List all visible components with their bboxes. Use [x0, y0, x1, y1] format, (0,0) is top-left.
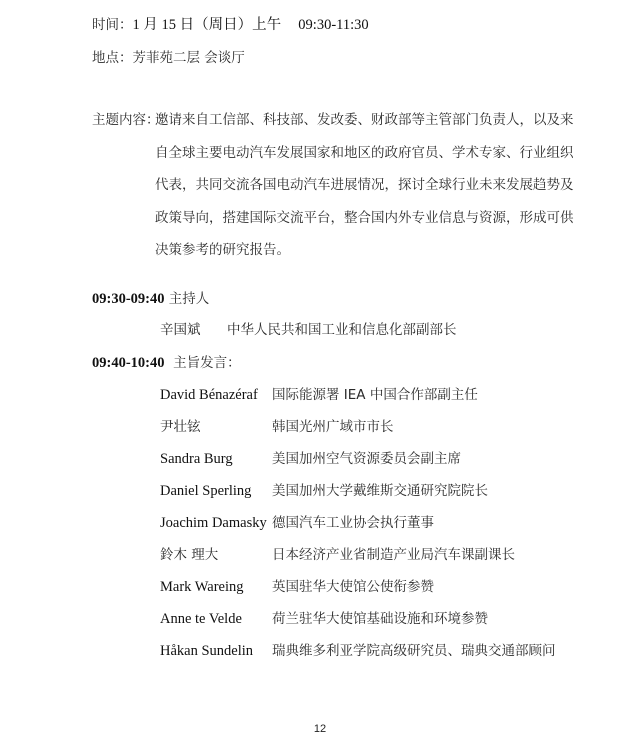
agenda-time: 09:30-09:40: [92, 291, 165, 307]
agenda-title: 主持人: [169, 291, 210, 307]
person-position: 美国加州大学戴维斯交通研究院院长: [272, 481, 488, 501]
person-position: 日本经济产业省制造产业局汽车课副课长: [272, 545, 515, 565]
person-name: Joachim Damasky: [160, 513, 267, 533]
person-name: Håkan Sundelin: [160, 641, 253, 661]
topic-label: 主题内容：: [92, 110, 160, 130]
document-page: 时间：1 月 15 日（周日）上午 09:30-11:30 地点：芳菲苑二层 会…: [0, 0, 640, 743]
person-name: 尹壮铉: [160, 417, 201, 437]
person-position: 英国驻华大使馆公使衔参赞: [272, 577, 434, 597]
topic-line: 代表，共同交流各国电动汽车进展情况，探讨全球行业未来发展趋势及: [155, 169, 575, 202]
time-line: 时间：1 月 15 日（周日）上午 09:30-11:30: [92, 15, 369, 35]
person-position: 美国加州空气资源委员会副主席: [272, 449, 461, 469]
person-name: Mark Wareing: [160, 577, 244, 597]
time-date: 1 月 15 日（周日）上午: [133, 17, 282, 33]
person-position: 瑞典维多利亚学院高级研究员、瑞典交通部顾问: [272, 641, 556, 661]
agenda-time: 09:40-10:40: [92, 355, 165, 371]
venue-label: 地点：: [92, 50, 133, 66]
person-name: David Bénazéraf: [160, 385, 258, 405]
person-position: 韩国光州广域市市长: [272, 417, 394, 437]
person-name: Sandra Burg: [160, 449, 233, 469]
venue-value: 芳菲苑二层 会谈厅: [133, 50, 245, 66]
topic-line: 邀请来自工信部、科技部、发改委、财政部等主管部门负责人，以及来: [155, 104, 575, 137]
person-position: 中华人民共和国工业和信息化部副部长: [227, 320, 457, 340]
person-name: 辛国斌: [160, 320, 201, 340]
time-range: 09:30-11:30: [298, 17, 368, 33]
topic-line: 决策参考的研究报告。: [155, 234, 575, 267]
person-position: 德国汽车工业协会执行董事: [272, 513, 434, 533]
page-number: 12: [0, 723, 640, 735]
person-position: 荷兰驻华大使馆基础设施和环境参赞: [272, 609, 488, 629]
agenda-item-keynote: 09:40-10:40 主旨发言：: [92, 353, 241, 373]
person-name: Daniel Sperling: [160, 481, 251, 501]
person-name: Anne te Velde: [160, 609, 242, 629]
person-position: 国际能源署 IEA 中国合作部副主任: [272, 385, 478, 405]
time-label: 时间：: [92, 17, 133, 33]
person-name: 鈴木 理大: [160, 545, 218, 565]
topic-line: 政策导向，搭建国际交流平台，整合国内外专业信息与资源，形成可供: [155, 202, 575, 235]
topic-paragraph: 邀请来自工信部、科技部、发改委、财政部等主管部门负责人，以及来 自全球主要电动汽…: [155, 104, 575, 267]
topic-line: 自全球主要电动汽车发展国家和地区的政府官员、学术专家、行业组织: [155, 137, 575, 170]
agenda-title: 主旨发言：: [173, 355, 241, 371]
agenda-item-host: 09:30-09:40 主持人: [92, 289, 209, 309]
venue-line: 地点：芳菲苑二层 会谈厅: [92, 48, 245, 68]
